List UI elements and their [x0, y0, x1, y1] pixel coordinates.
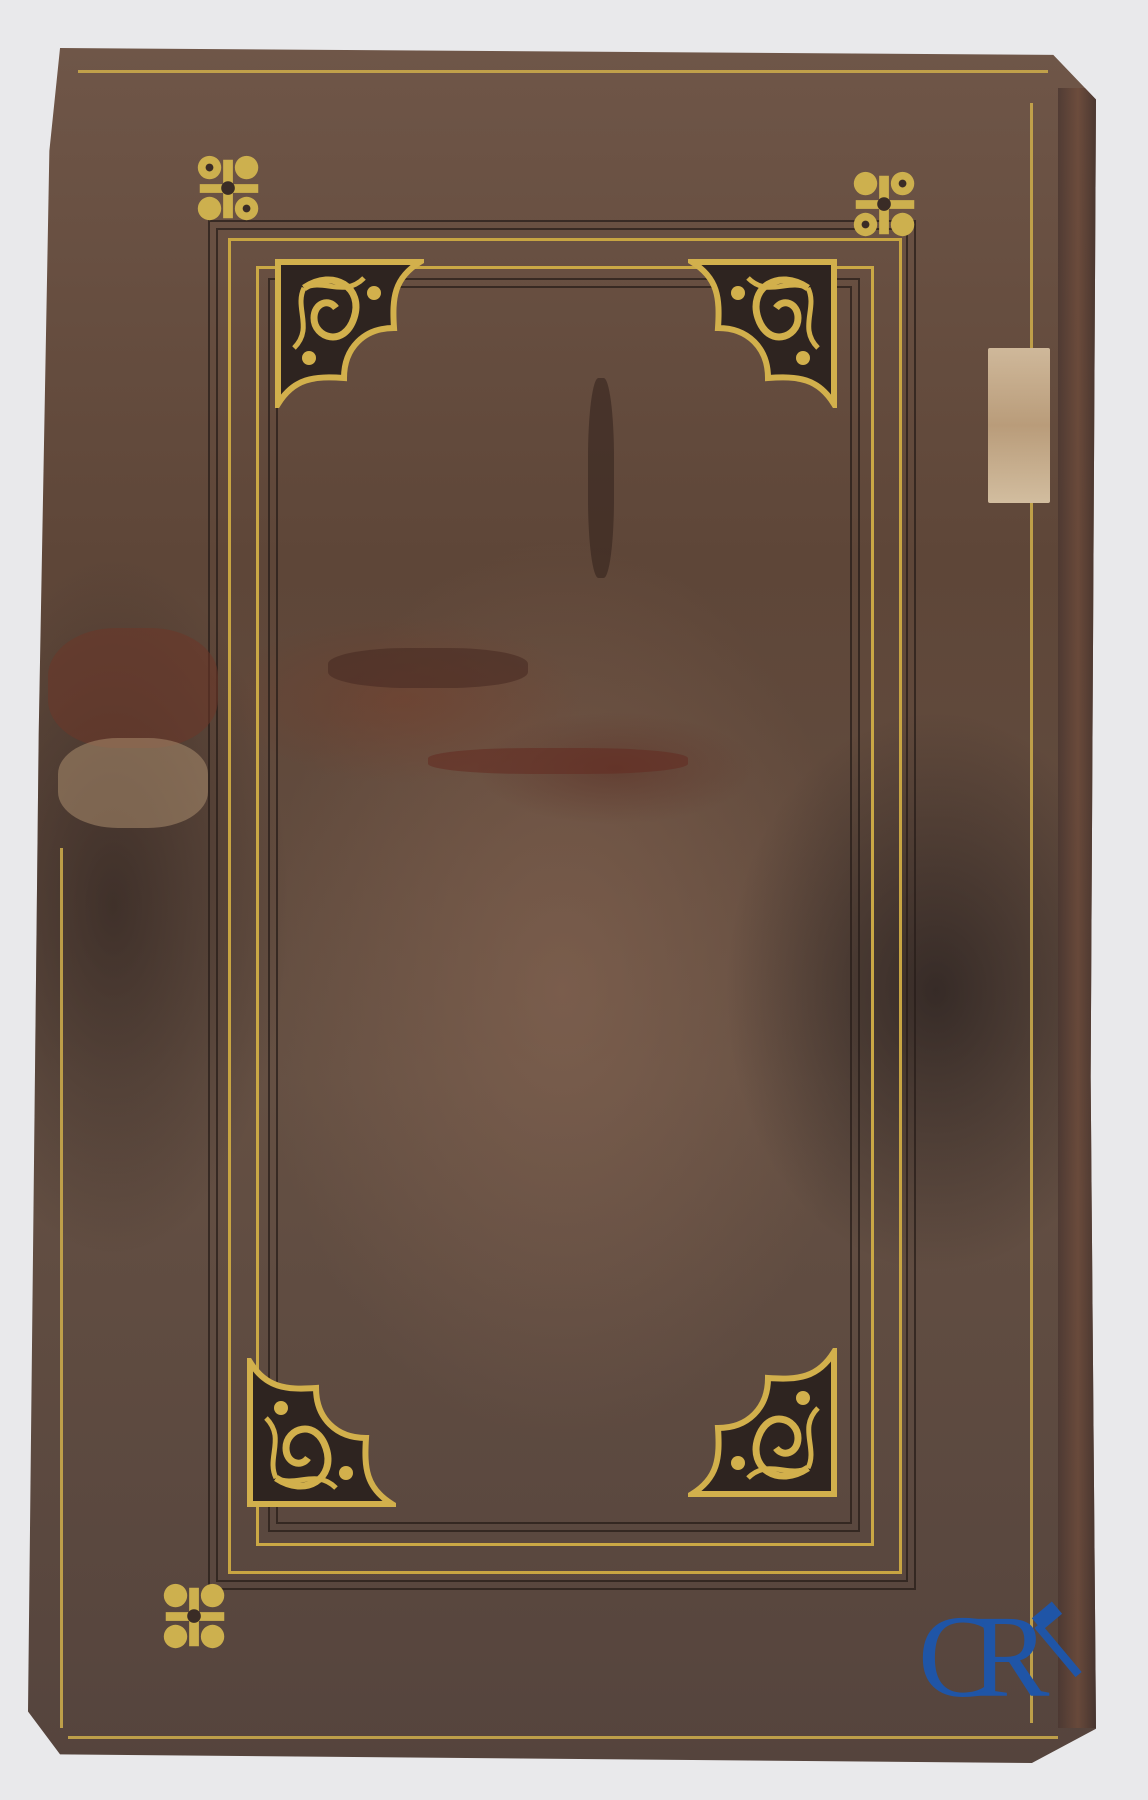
- gilt-fleuron-bottom-left: [156, 1578, 234, 1656]
- outer-gilt-rule-top: [78, 70, 1048, 73]
- watermark-text: CR: [918, 1598, 1023, 1716]
- book-photograph: CR: [0, 0, 1148, 1800]
- leather-wear-mark: [428, 748, 688, 774]
- outer-gilt-rule-bottom: [68, 1736, 1058, 1739]
- outer-gilt-rule-right: [1030, 103, 1033, 1723]
- gilt-corner-ornament-top-right: [688, 258, 838, 408]
- leather-wear-mark: [328, 648, 528, 688]
- gilt-fleuron-top-right: [846, 166, 924, 244]
- gilt-corner-ornament-top-left: [274, 258, 424, 408]
- auction-gavel-icon: [1028, 1598, 1096, 1678]
- book-fore-edge: [1058, 88, 1098, 1728]
- gilt-corner-ornament-bottom-left: [246, 1358, 396, 1508]
- leather-wear-mark: [48, 628, 218, 748]
- leather-wear-mark: [588, 378, 614, 578]
- gilt-fleuron-top-left: [190, 150, 268, 228]
- leather-wear-mark: [58, 738, 208, 828]
- gilt-corner-ornament-bottom-right: [688, 1348, 838, 1498]
- auction-house-watermark: CR: [918, 1598, 1098, 1738]
- blank-paper-label: [988, 348, 1050, 503]
- outer-gilt-rule-left: [60, 848, 63, 1728]
- leather-book-cover: [28, 48, 1096, 1763]
